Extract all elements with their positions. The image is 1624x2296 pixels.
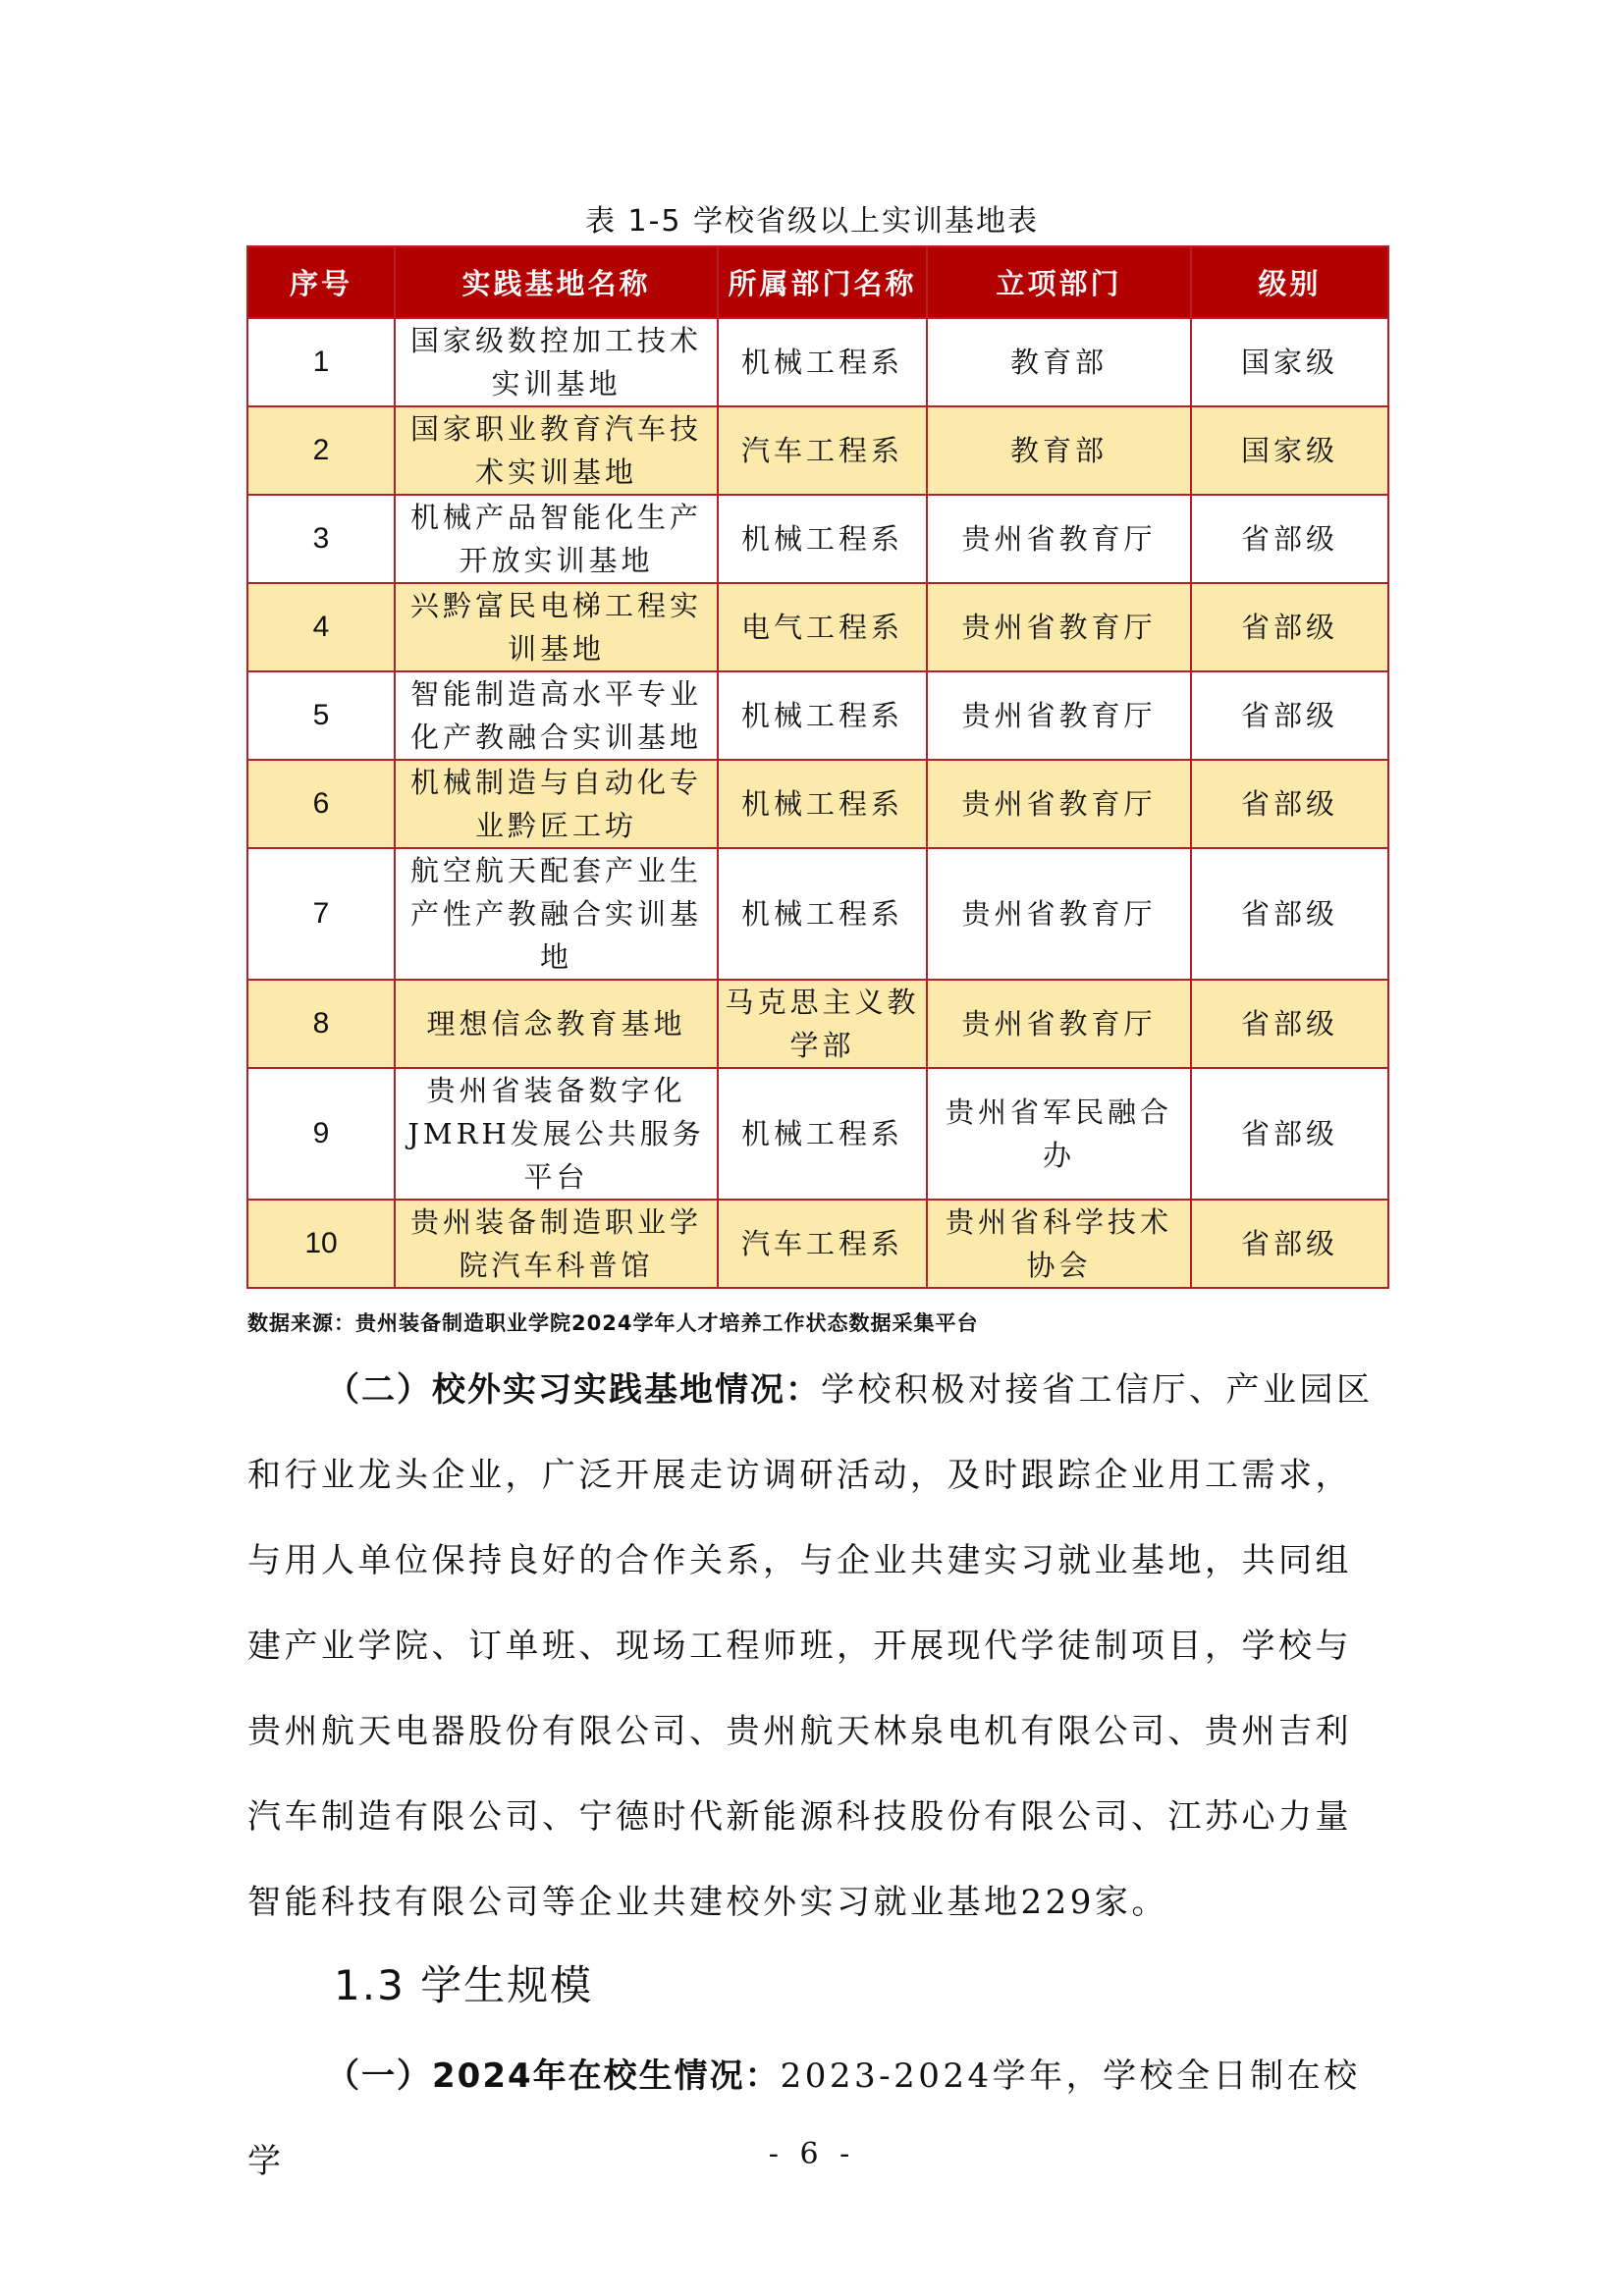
table-row: 2 国家职业教育汽车技术实训基地 汽车工程系 教育部 国家级 <box>247 406 1388 495</box>
header-approver: 立项部门 <box>927 246 1191 318</box>
table-header-row: 序号 实践基地名称 所属部门名称 立项部门 级别 <box>247 246 1388 318</box>
section-heading: 1.3 学生规模 <box>334 1953 593 2012</box>
cell-name: 理想信念教育基地 <box>395 980 718 1068</box>
cell-approver: 贵州省教育厅 <box>927 583 1191 671</box>
training-base-table: 序号 实践基地名称 所属部门名称 立项部门 级别 1 国家级数控加工技术实训基地… <box>246 245 1389 1289</box>
cell-name: 贵州装备制造职业学院汽车科普馆 <box>395 1200 718 1288</box>
header-level: 级别 <box>1191 246 1388 318</box>
cell-name: 航空航天配套产业生产性产教融合实训基地 <box>395 848 718 980</box>
page-number: - 6 - <box>0 2137 1624 2171</box>
table-row: 8 理想信念教育基地 马克思主义教学部 贵州省教育厅 省部级 <box>247 980 1388 1068</box>
table-row: 5 智能制造高水平专业化产教融合实训基地 机械工程系 贵州省教育厅 省部级 <box>247 671 1388 760</box>
cell-level: 国家级 <box>1191 406 1388 495</box>
cell-level: 省部级 <box>1191 495 1388 583</box>
cell-name: 国家职业教育汽车技术实训基地 <box>395 406 718 495</box>
cell-approver: 教育部 <box>927 406 1191 495</box>
student-scale-paragraph: （一）2024年在校生情况：2023-2024学年，学校全日制在校学 <box>247 2034 1386 2205</box>
cell-no: 9 <box>247 1068 395 1200</box>
cell-approver: 贵州省教育厅 <box>927 671 1191 760</box>
cell-dept: 汽车工程系 <box>718 1200 927 1288</box>
cell-name: 兴黔富民电梯工程实训基地 <box>395 583 718 671</box>
cell-name: 国家级数控加工技术实训基地 <box>395 318 718 406</box>
cell-no: 8 <box>247 980 395 1068</box>
cell-no: 10 <box>247 1200 395 1288</box>
cell-name: 智能制造高水平专业化产教融合实训基地 <box>395 671 718 760</box>
cell-no: 6 <box>247 760 395 848</box>
table-row: 7 航空航天配套产业生产性产教融合实训基地 机械工程系 贵州省教育厅 省部级 <box>247 848 1388 980</box>
cell-level: 国家级 <box>1191 318 1388 406</box>
cell-dept: 机械工程系 <box>718 671 927 760</box>
cell-no: 2 <box>247 406 395 495</box>
cell-dept: 机械工程系 <box>718 760 927 848</box>
cell-level: 省部级 <box>1191 1068 1388 1200</box>
cell-approver: 贵州省教育厅 <box>927 980 1191 1068</box>
paragraph-body: 学校积极对接省工信厅、产业园区和行业龙头企业，广泛开展走访调研活动，及时跟踪企业… <box>247 1370 1374 1922</box>
table-row: 4 兴黔富民电梯工程实训基地 电气工程系 贵州省教育厅 省部级 <box>247 583 1388 671</box>
cell-level: 省部级 <box>1191 583 1388 671</box>
cell-dept: 电气工程系 <box>718 583 927 671</box>
paragraph-lead: （二）校外实习实践基地情况： <box>326 1370 821 1410</box>
cell-level: 省部级 <box>1191 980 1388 1068</box>
cell-dept: 机械工程系 <box>718 848 927 980</box>
cell-approver: 教育部 <box>927 318 1191 406</box>
header-dept: 所属部门名称 <box>718 246 927 318</box>
cell-dept: 机械工程系 <box>718 318 927 406</box>
off-campus-paragraph: （二）校外实习实践基地情况：学校积极对接省工信厅、产业园区和行业龙头企业，广泛开… <box>247 1348 1386 1946</box>
table-row: 3 机械产品智能化生产开放实训基地 机械工程系 贵州省教育厅 省部级 <box>247 495 1388 583</box>
header-name: 实践基地名称 <box>395 246 718 318</box>
data-source-note: 数据来源：贵州装备制造职业学院2024学年人才培养工作状态数据采集平台 <box>247 1308 978 1337</box>
header-no: 序号 <box>247 246 395 318</box>
cell-dept: 机械工程系 <box>718 1068 927 1200</box>
cell-approver: 贵州省教育厅 <box>927 848 1191 980</box>
table-row: 9 贵州省装备数字化JMRH发展公共服务平台 机械工程系 贵州省军民融合办 省部… <box>247 1068 1388 1200</box>
cell-dept: 马克思主义教学部 <box>718 980 927 1068</box>
cell-approver: 贵州省教育厅 <box>927 760 1191 848</box>
cell-name: 贵州省装备数字化JMRH发展公共服务平台 <box>395 1068 718 1200</box>
cell-dept: 机械工程系 <box>718 495 927 583</box>
cell-approver: 贵州省军民融合办 <box>927 1068 1191 1200</box>
cell-no: 3 <box>247 495 395 583</box>
cell-no: 4 <box>247 583 395 671</box>
cell-approver: 贵州省教育厅 <box>927 495 1191 583</box>
table-row: 6 机械制造与自动化专业黔匠工坊 机械工程系 贵州省教育厅 省部级 <box>247 760 1388 848</box>
table-caption: 表 1-5 学校省级以上实训基地表 <box>0 196 1624 240</box>
cell-dept: 汽车工程系 <box>718 406 927 495</box>
cell-name: 机械产品智能化生产开放实训基地 <box>395 495 718 583</box>
cell-no: 5 <box>247 671 395 760</box>
cell-level: 省部级 <box>1191 671 1388 760</box>
paragraph-lead: （一）2024年在校生情况： <box>326 2056 781 2096</box>
cell-level: 省部级 <box>1191 1200 1388 1288</box>
cell-approver: 贵州省科学技术协会 <box>927 1200 1191 1288</box>
cell-no: 1 <box>247 318 395 406</box>
cell-level: 省部级 <box>1191 760 1388 848</box>
cell-name: 机械制造与自动化专业黔匠工坊 <box>395 760 718 848</box>
cell-level: 省部级 <box>1191 848 1388 980</box>
table-row: 1 国家级数控加工技术实训基地 机械工程系 教育部 国家级 <box>247 318 1388 406</box>
cell-no: 7 <box>247 848 395 980</box>
table-row: 10 贵州装备制造职业学院汽车科普馆 汽车工程系 贵州省科学技术协会 省部级 <box>247 1200 1388 1288</box>
